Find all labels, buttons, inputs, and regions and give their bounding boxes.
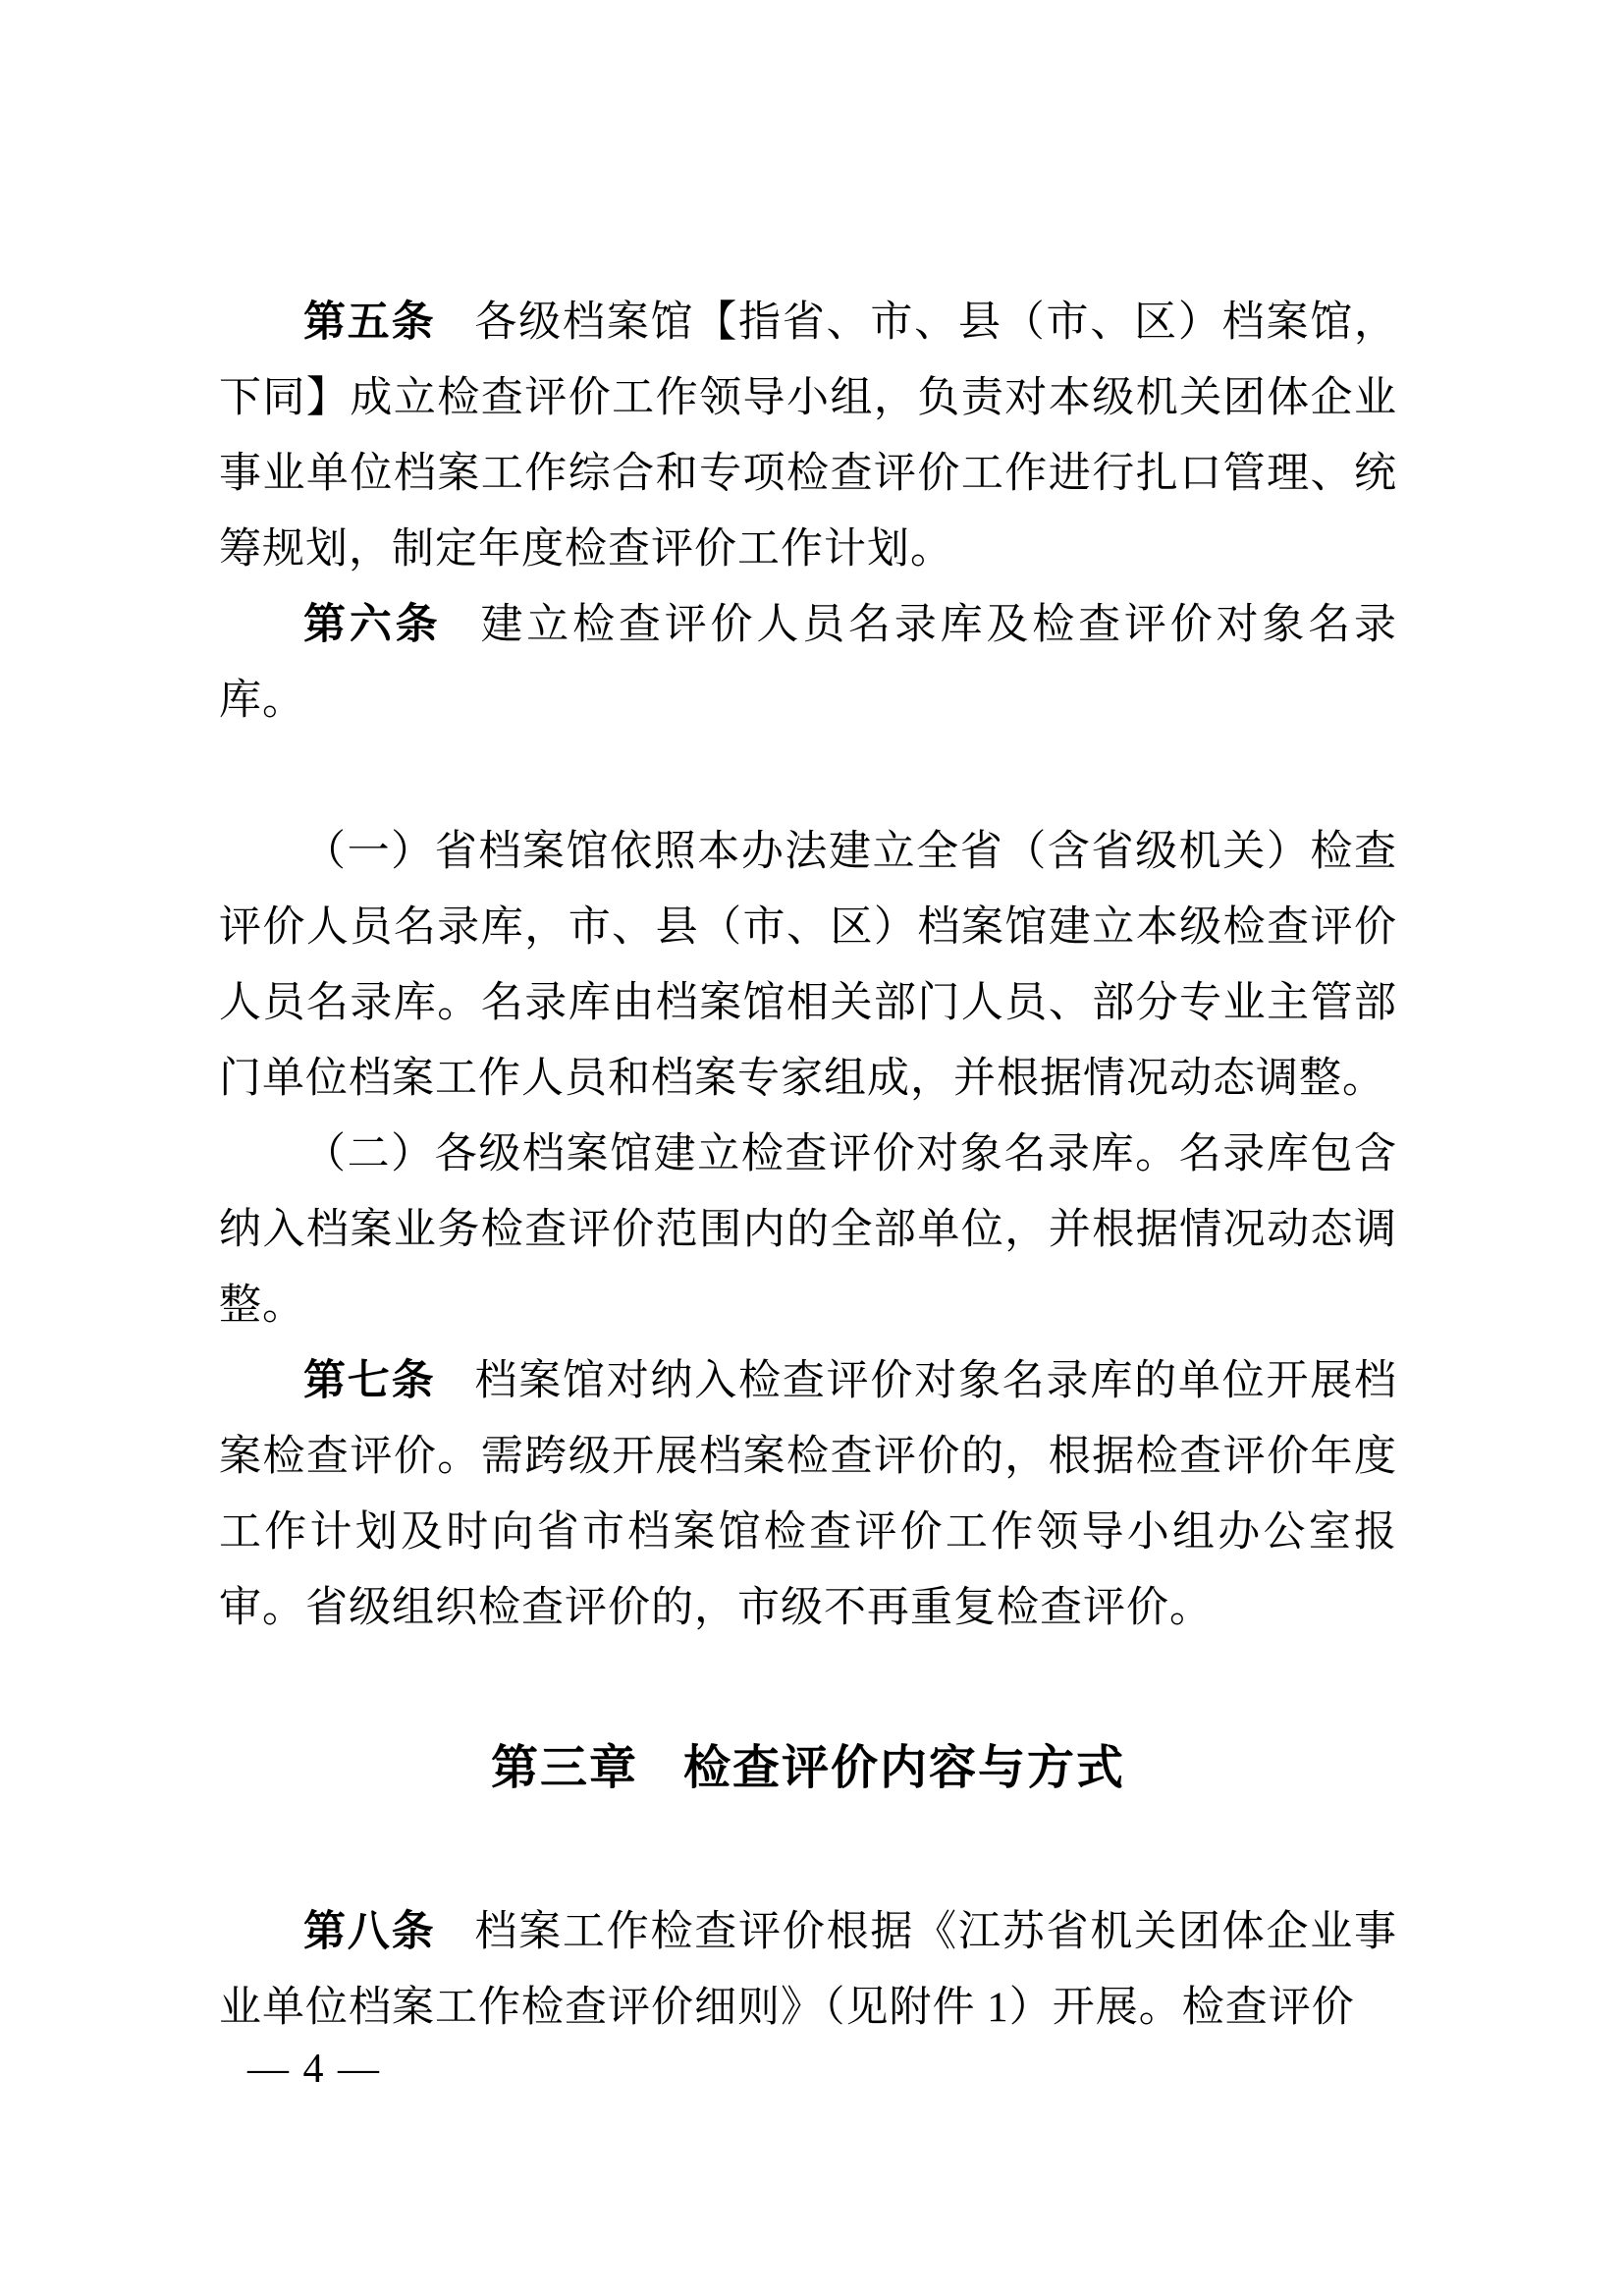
paragraph-article-7: 第七条档案馆对纳入检查评价对象名录库的单位开展档案检查评价。需跨级开展档案检查评… xyxy=(219,1343,1397,1646)
article-8-term: 第八条 xyxy=(303,1908,435,1955)
paragraph-article-8: 第八条档案工作检查评价根据《江苏省机关团体企业事业单位档案工作检查评价细则》（见… xyxy=(219,1894,1397,2046)
chapter-title: 检查评价内容与方式 xyxy=(683,1742,1125,1794)
chapter-number: 第三章 xyxy=(491,1742,638,1794)
paragraph-article-5: 第五条各级档案馆【指省、市、县（市、区）档案馆，下同】成立检查评价工作领导小组，… xyxy=(219,285,1397,587)
item-2-text: （二）各级档案馆建立检查评价对象名录库。名录库包含纳入档案业务检查评价范围内的全… xyxy=(219,1131,1397,1329)
document-body: 第五条各级档案馆【指省、市、县（市、区）档案馆，下同】成立检查评价工作领导小组，… xyxy=(219,285,1397,2046)
paragraph-item-1: （一）省档案馆依照本办法建立全省（含省级机关）检查评价人员名录库，市、县（市、区… xyxy=(219,814,1397,1117)
paragraph-item-2: （二）各级档案馆建立检查评价对象名录库。名录库包含纳入档案业务检查评价范围内的全… xyxy=(219,1117,1397,1343)
chapter-heading: 第三章检查评价内容与方式 xyxy=(219,1730,1397,1806)
article-7-term: 第七条 xyxy=(303,1357,435,1404)
document-page: 第五条各级档案馆【指省、市、县（市、区）档案馆，下同】成立检查评价工作领导小组，… xyxy=(0,0,1624,2296)
paragraph-article-6: 第六条建立检查评价人员名录库及检查评价对象名录库。 xyxy=(219,587,1397,738)
article-5-term: 第五条 xyxy=(303,299,435,346)
page-number: — 4 — xyxy=(247,2045,381,2094)
article-6-term: 第六条 xyxy=(303,601,441,648)
item-1-text: （一）省档案馆依照本办法建立全省（含省级机关）检查评价人员名录库，市、县（市、区… xyxy=(219,829,1397,1102)
